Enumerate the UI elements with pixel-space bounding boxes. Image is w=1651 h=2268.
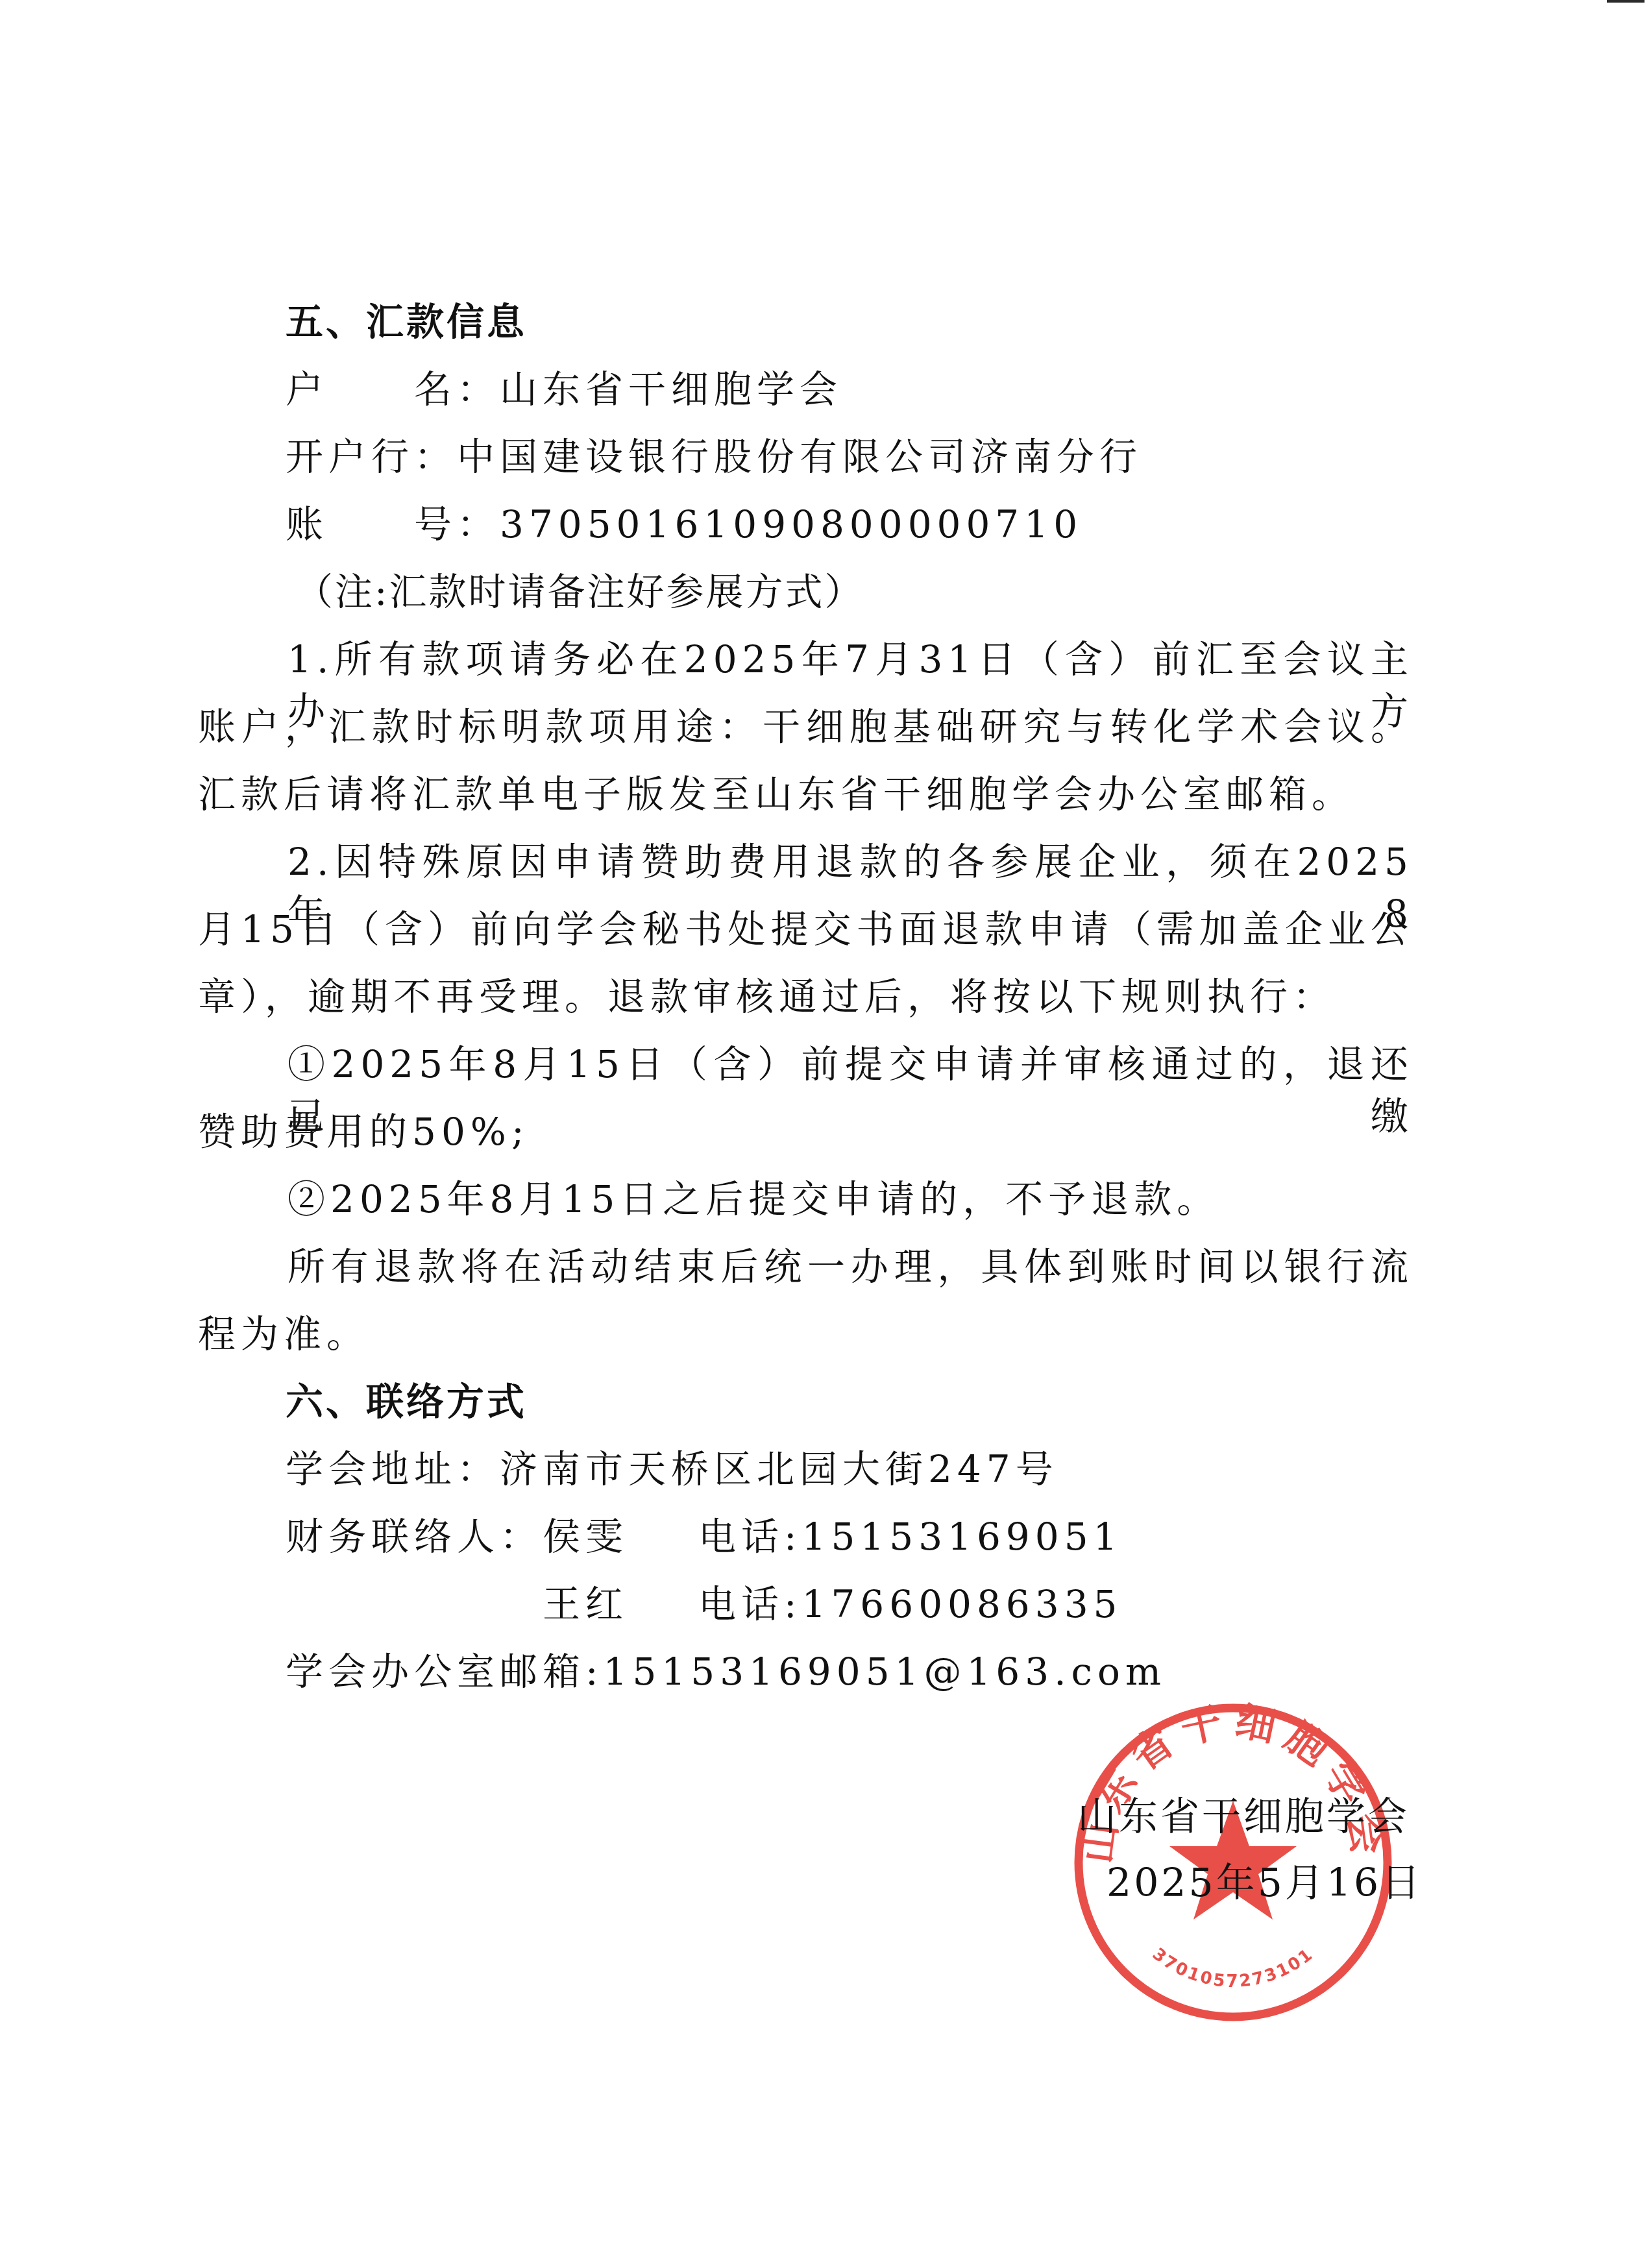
contact-name: 侯雯 — [543, 1511, 698, 1563]
finance-contact-label: 财务联络人： — [286, 1511, 543, 1563]
address-label: 学会地址： — [286, 1443, 500, 1495]
bank-label: 开户行： — [286, 431, 457, 483]
bank-value: 中国建设银行股份有限公司济南分行 — [457, 435, 1142, 479]
closing-line-1: 所有退款将在活动结束后统一办理，具体到账时间以银行流 — [287, 1241, 1413, 1293]
address-value: 济南市天桥区北园大街247号 — [500, 1447, 1058, 1491]
account-name-row: 户 名：山东省干细胞学会 — [286, 363, 842, 415]
email-label: 学会办公室邮箱: — [286, 1646, 604, 1698]
phone-label: 电话: — [698, 1578, 802, 1630]
account-name-label: 户 名： — [286, 363, 500, 415]
scan-edge-artifact — [1607, 0, 1645, 3]
finance-contact-row-1: 财务联络人：侯雯电话:15153169051 — [286, 1511, 1122, 1563]
section-heading-remittance: 五、汇款信息 — [286, 296, 527, 348]
item1-line-3: 汇款后请将汇款单电子版发至山东省干细胞学会办公室邮箱。 — [198, 768, 1354, 820]
item1-line-1: 1.所有款项请务必在2025年7月31日（含）前汇至会议主办方 — [287, 633, 1413, 685]
finance-contact-row-2: 王红电话:17660086335 — [286, 1578, 1122, 1630]
closing-line-2: 程为准。 — [198, 1308, 369, 1360]
bank-row: 开户行：中国建设银行股份有限公司济南分行 — [286, 431, 1142, 483]
rule2-line: ②2025年8月15日之后提交申请的，不予退款。 — [287, 1173, 1219, 1225]
account-number-value: 37050161090800000710 — [500, 502, 1082, 546]
account-name-value: 山东省干细胞学会 — [500, 367, 842, 411]
account-number-row: 账 号：37050161090800000710 — [286, 498, 1082, 550]
item2-line-3: 章），逾期不再受理。退款审核通过后，将按以下规则执行： — [198, 971, 1336, 1023]
item1-line-2: 账户，汇款时标明款项用途：干细胞基础研究与转化学术会议。 — [198, 701, 1413, 753]
email-value: 15153169051@163.com — [604, 1650, 1166, 1694]
rule1-line-1: ①2025年8月15日（含）前提交申请并审核通过的，退还已缴 — [287, 1038, 1413, 1090]
address-row: 学会地址：济南市天桥区北园大街247号 — [286, 1443, 1058, 1495]
rule1-line-2: 赞助费用的50%; — [198, 1106, 529, 1158]
account-number-label: 账 号： — [286, 498, 500, 550]
item2-line-2: 月15日（含）前向学会秘书处提交书面退款申请（需加盖企业公 — [198, 903, 1413, 955]
signature-organization: 山东省干细胞学会 — [1077, 1791, 1410, 1843]
section-heading-contact: 六、联络方式 — [286, 1376, 527, 1428]
signature-date: 2025年5月16日 — [1107, 1857, 1423, 1909]
item2-line-1: 2.因特殊原因申请赞助费用退款的各参展企业，须在2025年8 — [287, 836, 1413, 888]
phone-label: 电话: — [698, 1511, 802, 1563]
remittance-note: （注:汇款时请备注好参展方式） — [295, 566, 864, 618]
phone-value: 17660086335 — [802, 1582, 1123, 1626]
seal-code-text: 3701057273101 — [1149, 1944, 1317, 1991]
email-row: 学会办公室邮箱:15153169051@163.com — [286, 1646, 1166, 1698]
phone-value: 15153169051 — [802, 1515, 1123, 1559]
contact-name: 王红 — [543, 1578, 698, 1630]
